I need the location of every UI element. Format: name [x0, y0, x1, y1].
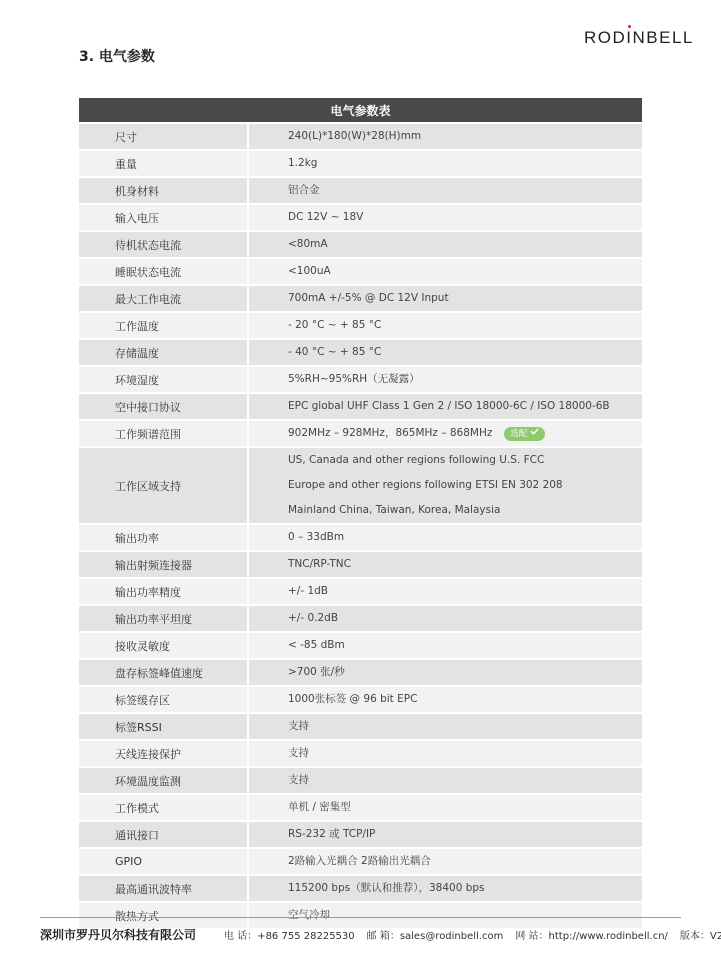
logo-text-start: ROD: [584, 28, 626, 47]
table-row: 天线连接保护支持: [79, 741, 642, 768]
value-text: DC 12V ~ 18V: [288, 205, 363, 230]
value-line: 5%RH~95%RH（无凝露）: [288, 367, 642, 392]
value-line: 902MHz – 928MHz，865MHz – 868MHz选配: [288, 421, 642, 446]
logo-text-end: NBELL: [633, 28, 694, 47]
table-row: 机身材料铝合金: [79, 178, 642, 205]
table-row: 空中接口协议EPC global UHF Class 1 Gen 2 / ISO…: [79, 394, 642, 421]
table-row: GPIO2路输入光耦合 2路输出光耦合: [79, 849, 642, 876]
row-label: 输出功率平坦度: [79, 606, 249, 631]
value-text: 空气冷却: [288, 903, 330, 928]
row-label: 标签缓存区: [79, 687, 249, 712]
value-line: 空气冷却: [288, 903, 642, 928]
row-value: >700 张/秒: [249, 660, 642, 685]
value-text: +/- 1dB: [288, 579, 328, 604]
row-value: <80mA: [249, 232, 642, 257]
value-text: Europe and other regions following ETSI …: [288, 473, 563, 498]
table-row: 工作温度- 20 °C ~ + 85 °C: [79, 313, 642, 340]
row-value: 空气冷却: [249, 903, 642, 928]
value-text: Mainland China, Taiwan, Korea, Malaysia: [288, 498, 500, 523]
value-text: 支持: [288, 768, 309, 793]
value-line: +/- 0.2dB: [288, 606, 642, 631]
row-label: 重量: [79, 151, 249, 176]
optional-badge: 选配: [504, 427, 545, 441]
row-value: 1000张标签 @ 96 bit EPC: [249, 687, 642, 712]
value-line: Mainland China, Taiwan, Korea, Malaysia: [288, 498, 642, 523]
row-value: 115200 bps（默认和推荐），38400 bps: [249, 876, 642, 901]
row-label: 输出射频连接器: [79, 552, 249, 577]
table-row: 输出功率精度+/- 1dB: [79, 579, 642, 606]
value-line: RS-232 或 TCP/IP: [288, 822, 642, 847]
row-label: 工作温度: [79, 313, 249, 338]
electrical-parameters-table: 电气参数表 尺寸240(L)*180(W)*28(H)mm重量1.2kg机身材料…: [79, 98, 642, 930]
value-text: EPC global UHF Class 1 Gen 2 / ISO 18000…: [288, 394, 610, 419]
value-line: 单机 / 密集型: [288, 795, 642, 820]
value-line: DC 12V ~ 18V: [288, 205, 642, 230]
value-text: 支持: [288, 741, 309, 766]
row-value: 0 – 33dBm: [249, 525, 642, 550]
value-line: <80mA: [288, 232, 642, 257]
row-value: +/- 0.2dB: [249, 606, 642, 631]
table-row: 最高通讯波特率115200 bps（默认和推荐），38400 bps: [79, 876, 642, 903]
row-label: 空中接口协议: [79, 394, 249, 419]
table-row: 通讯接口RS-232 或 TCP/IP: [79, 822, 642, 849]
value-text: 902MHz – 928MHz，865MHz – 868MHz: [288, 421, 492, 446]
table-row: 环境湿度5%RH~95%RH（无凝露）: [79, 367, 642, 394]
table-row: 最大工作电流700mA +/-5% @ DC 12V Input: [79, 286, 642, 313]
row-label: 环境湿度: [79, 367, 249, 392]
row-label: 最高通讯波特率: [79, 876, 249, 901]
row-value: - 40 °C ~ + 85 °C: [249, 340, 642, 365]
row-value: TNC/RP-TNC: [249, 552, 642, 577]
table-row: 输入电压DC 12V ~ 18V: [79, 205, 642, 232]
row-value: <100uA: [249, 259, 642, 284]
row-label: 工作频谱范围: [79, 421, 249, 446]
value-line: <100uA: [288, 259, 642, 284]
value-line: - 20 °C ~ + 85 °C: [288, 313, 642, 338]
row-label: GPIO: [79, 849, 249, 874]
value-text: 0 – 33dBm: [288, 525, 344, 550]
logo-text-i: I: [626, 28, 632, 47]
table-row: 盘存标签峰值速度>700 张/秒: [79, 660, 642, 687]
row-label: 睡眠状态电流: [79, 259, 249, 284]
value-text: <80mA: [288, 232, 328, 257]
row-value: - 20 °C ~ + 85 °C: [249, 313, 642, 338]
value-text: < -85 dBm: [288, 633, 345, 658]
value-text: 支持: [288, 714, 309, 739]
value-line: - 40 °C ~ + 85 °C: [288, 340, 642, 365]
footer-version: 版本：V2.5: [680, 927, 721, 942]
value-text: - 20 °C ~ + 85 °C: [288, 313, 381, 338]
value-line: 1000张标签 @ 96 bit EPC: [288, 687, 642, 712]
row-value: 2路输入光耦合 2路输出光耦合: [249, 849, 642, 874]
value-text: 115200 bps（默认和推荐），38400 bps: [288, 876, 485, 901]
row-value: 700mA +/-5% @ DC 12V Input: [249, 286, 642, 311]
table-row: 标签RSSI支持: [79, 714, 642, 741]
company-logo: RODINBELL: [584, 28, 694, 48]
row-label: 输入电压: [79, 205, 249, 230]
table-title: 电气参数表: [79, 98, 642, 124]
value-text: 240(L)*180(W)*28(H)mm: [288, 124, 421, 149]
value-line: 0 – 33dBm: [288, 525, 642, 550]
row-value: 902MHz – 928MHz，865MHz – 868MHz选配: [249, 421, 642, 446]
row-value: < -85 dBm: [249, 633, 642, 658]
table-row: 标签缓存区1000张标签 @ 96 bit EPC: [79, 687, 642, 714]
value-line: EPC global UHF Class 1 Gen 2 / ISO 18000…: [288, 394, 642, 419]
row-value: 单机 / 密集型: [249, 795, 642, 820]
footer-phone: 电 话：+86 755 28225530: [224, 927, 355, 942]
value-text: +/- 0.2dB: [288, 606, 338, 631]
table-row: 待机状态电流<80mA: [79, 232, 642, 259]
row-value: EPC global UHF Class 1 Gen 2 / ISO 18000…: [249, 394, 642, 419]
table-row: 输出功率0 – 33dBm: [79, 525, 642, 552]
value-line: Europe and other regions following ETSI …: [288, 473, 642, 498]
footer-website: 网 站：http://www.rodinbell.cn/: [515, 927, 668, 942]
footer-divider: [40, 917, 681, 918]
row-label: 最大工作电流: [79, 286, 249, 311]
row-value: 铝合金: [249, 178, 642, 203]
row-value: RS-232 或 TCP/IP: [249, 822, 642, 847]
value-line: 支持: [288, 741, 642, 766]
table-row: 输出射频连接器TNC/RP-TNC: [79, 552, 642, 579]
table-body: 尺寸240(L)*180(W)*28(H)mm重量1.2kg机身材料铝合金输入电…: [79, 124, 642, 930]
section-title: 3. 电气参数: [79, 46, 155, 66]
checkmark-icon: [530, 427, 539, 440]
row-label: 通讯接口: [79, 822, 249, 847]
row-value: 240(L)*180(W)*28(H)mm: [249, 124, 642, 149]
row-label: 待机状态电流: [79, 232, 249, 257]
value-text: 单机 / 密集型: [288, 795, 351, 820]
value-text: <100uA: [288, 259, 331, 284]
row-label: 散热方式: [79, 903, 249, 928]
value-text: 1.2kg: [288, 151, 317, 176]
value-text: RS-232 或 TCP/IP: [288, 822, 375, 847]
value-line: >700 张/秒: [288, 660, 642, 685]
table-row: 尺寸240(L)*180(W)*28(H)mm: [79, 124, 642, 151]
row-value: 支持: [249, 768, 642, 793]
value-line: 支持: [288, 768, 642, 793]
row-value: 1.2kg: [249, 151, 642, 176]
value-line: +/- 1dB: [288, 579, 642, 604]
value-text: TNC/RP-TNC: [288, 552, 351, 577]
table-row: 重量1.2kg: [79, 151, 642, 178]
value-line: 240(L)*180(W)*28(H)mm: [288, 124, 642, 149]
value-text: 1000张标签 @ 96 bit EPC: [288, 687, 417, 712]
value-text: 铝合金: [288, 178, 320, 203]
value-line: TNC/RP-TNC: [288, 552, 642, 577]
row-value: DC 12V ~ 18V: [249, 205, 642, 230]
table-row: 工作区域支持US, Canada and other regions follo…: [79, 448, 642, 525]
value-text: - 40 °C ~ + 85 °C: [288, 340, 381, 365]
table-row: 工作频谱范围902MHz – 928MHz，865MHz – 868MHz选配: [79, 421, 642, 448]
footer: 深圳市罗丹贝尔科技有限公司 电 话：+86 755 28225530 邮 箱：s…: [40, 926, 685, 943]
value-text: 2路输入光耦合 2路输出光耦合: [288, 849, 431, 874]
badge-label: 选配: [510, 428, 527, 440]
row-value: 支持: [249, 741, 642, 766]
value-line: US, Canada and other regions following U…: [288, 448, 642, 473]
value-line: 2路输入光耦合 2路输出光耦合: [288, 849, 642, 874]
footer-company: 深圳市罗丹贝尔科技有限公司: [40, 926, 196, 943]
row-label: 存储温度: [79, 340, 249, 365]
table-row: 输出功率平坦度+/- 0.2dB: [79, 606, 642, 633]
table-row: 工作模式单机 / 密集型: [79, 795, 642, 822]
value-line: < -85 dBm: [288, 633, 642, 658]
row-value: 5%RH~95%RH（无凝露）: [249, 367, 642, 392]
row-label: 天线连接保护: [79, 741, 249, 766]
value-text: US, Canada and other regions following U…: [288, 448, 544, 473]
row-label: 机身材料: [79, 178, 249, 203]
row-value: +/- 1dB: [249, 579, 642, 604]
row-label: 工作模式: [79, 795, 249, 820]
value-line: 铝合金: [288, 178, 642, 203]
row-label: 尺寸: [79, 124, 249, 149]
row-label: 环境温度监测: [79, 768, 249, 793]
row-value: US, Canada and other regions following U…: [249, 448, 642, 523]
row-label: 工作区域支持: [79, 448, 249, 523]
row-label: 输出功率: [79, 525, 249, 550]
table-row: 环境温度监测支持: [79, 768, 642, 795]
table-row: 存储温度- 40 °C ~ + 85 °C: [79, 340, 642, 367]
row-value: 支持: [249, 714, 642, 739]
value-line: 115200 bps（默认和推荐），38400 bps: [288, 876, 642, 901]
value-line: 支持: [288, 714, 642, 739]
table-row: 睡眠状态电流<100uA: [79, 259, 642, 286]
value-line: 700mA +/-5% @ DC 12V Input: [288, 286, 642, 311]
footer-email: 邮 箱：sales@rodinbell.com: [367, 927, 504, 942]
row-label: 标签RSSI: [79, 714, 249, 739]
value-text: 700mA +/-5% @ DC 12V Input: [288, 286, 449, 311]
row-label: 盘存标签峰值速度: [79, 660, 249, 685]
value-text: 5%RH~95%RH（无凝露）: [288, 367, 420, 392]
value-text: >700 张/秒: [288, 660, 345, 685]
row-label: 输出功率精度: [79, 579, 249, 604]
table-row: 接收灵敏度< -85 dBm: [79, 633, 642, 660]
value-line: 1.2kg: [288, 151, 642, 176]
row-label: 接收灵敏度: [79, 633, 249, 658]
